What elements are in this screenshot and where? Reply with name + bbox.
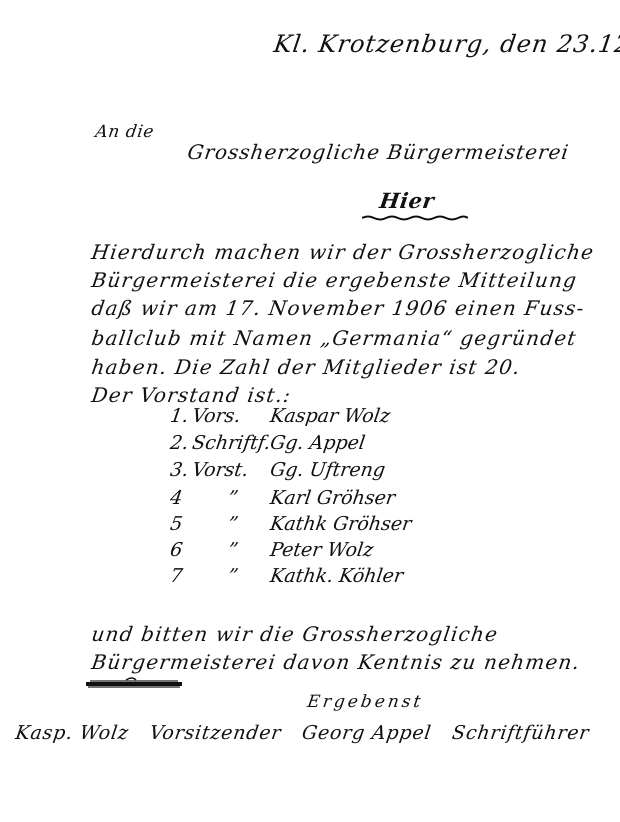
member-role-ditto: ” bbox=[227, 487, 240, 509]
member-role-ditto: ” bbox=[227, 539, 240, 561]
member-name: Gg. Appel bbox=[269, 432, 367, 454]
member-name: Gg. Uftreng bbox=[269, 459, 387, 481]
member-role: Schriftf. bbox=[191, 432, 272, 454]
member-name: Peter Wolz bbox=[269, 539, 375, 561]
member-number: 4 bbox=[169, 487, 192, 509]
member-number: 5 bbox=[169, 513, 192, 535]
body-line: Der Vorstand ist.: bbox=[90, 383, 293, 407]
struck-out-word-icon bbox=[86, 676, 182, 690]
signature-secretary-title: Schriftführer bbox=[451, 722, 591, 744]
signature-chairman-title: Vorsitzender bbox=[148, 722, 283, 744]
member-role-ditto: ” bbox=[227, 565, 240, 587]
member-name: Karl Gröhser bbox=[269, 487, 397, 509]
closing-line: Bürgermeisterei davon Kentnis zu nehmen. bbox=[90, 650, 582, 674]
location: Hier bbox=[378, 188, 436, 213]
closing-ergebenst: Ergebenst bbox=[306, 692, 425, 712]
member-role: Vors. bbox=[191, 405, 242, 427]
board-member: 7 ” Kathk. Köhler bbox=[168, 565, 172, 591]
member-number: 6 bbox=[169, 539, 192, 561]
body-line: ballclub mit Namen „Germania“ gegründet bbox=[90, 326, 578, 350]
member-number: 7 bbox=[169, 565, 192, 587]
signature-chairman: Kasp. Wolz bbox=[14, 722, 130, 744]
place-date: Kl. Krotzenburg, den 23.12.06 bbox=[272, 30, 620, 58]
body-line: Hierdurch machen wir der Grossherzoglich… bbox=[90, 240, 596, 264]
member-role: Vorst. bbox=[191, 459, 250, 481]
member-number: 3. bbox=[169, 459, 192, 481]
member-number: 2. bbox=[169, 432, 192, 454]
letter-page: Kl. Krotzenburg, den 23.12.06 An die Gro… bbox=[0, 0, 620, 822]
signature-line: Kasp. Wolz Vorsitzender Georg Appel Schr… bbox=[14, 722, 605, 744]
board-member: 3. Vorst. Gg. Uftreng bbox=[168, 459, 172, 485]
salutation: An die bbox=[94, 122, 155, 142]
body-line: daß wir am 17. November 1906 einen Fuss- bbox=[90, 296, 586, 320]
member-role-ditto: ” bbox=[227, 513, 240, 535]
wavy-underline-icon bbox=[362, 215, 468, 221]
board-member: 5 ” Kathk Gröhser bbox=[168, 513, 172, 539]
board-member: 4 ” Karl Gröhser bbox=[168, 487, 172, 513]
member-name: Kaspar Wolz bbox=[269, 405, 392, 427]
board-member: 6 ” Peter Wolz bbox=[168, 539, 172, 565]
board-member: 1. Vors. Kaspar Wolz bbox=[168, 405, 172, 431]
member-number: 1. bbox=[169, 405, 192, 427]
board-member: 2. Schriftf. Gg. Appel bbox=[168, 432, 172, 458]
body-line: Bürgermeisterei die ergebenste Mitteilun… bbox=[90, 268, 579, 292]
signature-secretary: Georg Appel bbox=[301, 722, 433, 744]
recipient: Grossherzogliche Bürgermeisterei bbox=[186, 140, 571, 164]
closing-line: und bitten wir die Grossherzogliche bbox=[90, 622, 500, 646]
member-name: Kathk Gröhser bbox=[269, 513, 413, 535]
body-line: haben. Die Zahl der Mitglieder ist 20. bbox=[90, 355, 522, 379]
member-name: Kathk. Köhler bbox=[269, 565, 405, 587]
